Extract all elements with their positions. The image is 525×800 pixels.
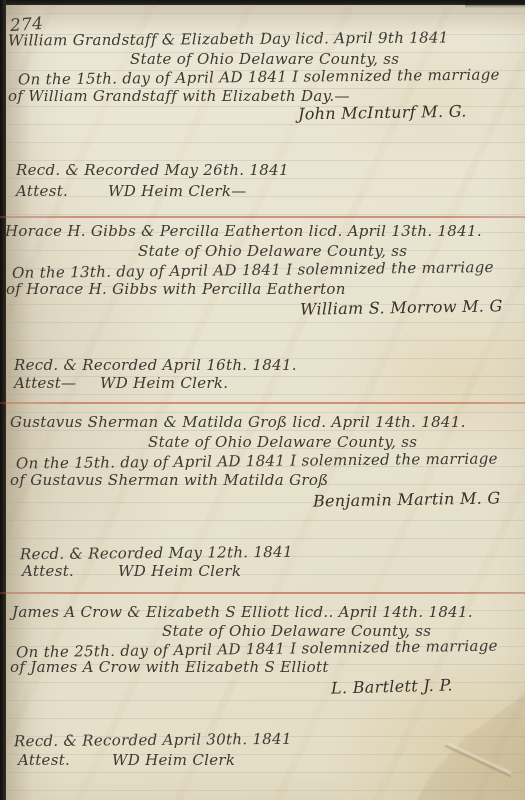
recorded-line: Recd. & Recorded May 26th. 1841 <box>16 161 289 180</box>
attest-label: Attest— <box>14 374 76 393</box>
ledger-page: 274 William Grandstaff & Elizabeth Day l… <box>0 0 525 800</box>
couple-line: of Horace H. Gibbs with Percilla Eathert… <box>6 280 346 299</box>
license-line: Gustavus Sherman & Matilda Groß licd. Ap… <box>10 413 466 432</box>
attest-label: Attest. <box>18 751 70 770</box>
jurisdiction-line: State of Ohio Delaware County, ss <box>138 242 407 261</box>
jurisdiction-line: State of Ohio Delaware County, ss <box>148 433 417 452</box>
license-line: James A Crow & Elizabeth S Elliott licd.… <box>12 603 473 622</box>
officiant-signature: William S. Morrow M. G <box>300 296 503 319</box>
license-line: William Grandstaff & Elizabeth Day licd.… <box>8 28 449 50</box>
book-edge-top <box>0 0 525 5</box>
entry-separator-line <box>0 216 525 218</box>
recorded-line: Recd. & Recorded April 30th. 1841 <box>14 730 292 751</box>
clerk-signature: WD Heim Clerk <box>118 562 241 581</box>
license-line: Horace H. Gibbs & Percilla Eatherton lic… <box>5 222 482 241</box>
entry-separator-line <box>0 402 525 404</box>
book-edge-top-right <box>465 0 525 8</box>
clerk-signature: WD Heim Clerk— <box>108 182 247 201</box>
couple-line: of Gustavus Sherman with Matilda Groß <box>10 471 328 490</box>
officiant-signature: Benjamin Martin M. G <box>313 488 501 510</box>
officiant-signature: L. Bartlett J. P. <box>331 675 453 697</box>
clerk-signature: WD Heim Clerk <box>112 751 235 770</box>
attest-label: Attest. <box>16 182 68 201</box>
couple-line: of James A Crow with Elizabeth S Elliott <box>10 658 329 677</box>
book-edge-left <box>0 0 6 800</box>
attest-label: Attest. <box>22 562 74 581</box>
clerk-signature: WD Heim Clerk. <box>100 374 228 393</box>
officiant-signature: John McInturf M. G. <box>298 102 467 124</box>
recorded-line: Recd. & Recorded April 16th. 1841. <box>14 356 297 375</box>
recorded-line: Recd. & Recorded May 12th. 1841 <box>20 543 293 564</box>
entry-separator-line <box>0 592 525 594</box>
couple-line: of William Grandstaff with Elizabeth Day… <box>8 87 350 106</box>
